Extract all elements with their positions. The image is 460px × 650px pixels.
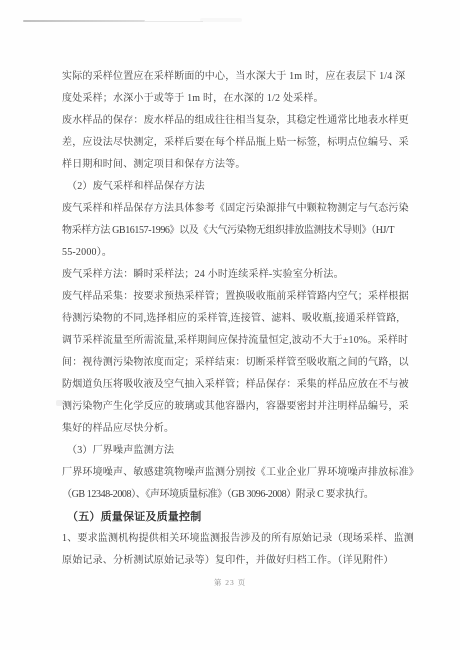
page-number: 第 23 页 — [0, 576, 460, 590]
body-text-line: 废水样品的保存：废水样品的组成往往相当复杂，其稳定性通常比地表水样更 — [62, 110, 410, 132]
body-text-line: 间：视待测污染物浓度而定；采样结束：切断采样管至吸收瓶之间的气路，以 — [62, 352, 410, 374]
body-text-line: 待测污染物的不同,选择相应的采样管,连接管、滤料、吸收瓶,接通采样管路, — [62, 308, 410, 330]
body-text-line: 废气采样和样品保存方法具体参考《固定污染源排气中颗粒物测定与气态污染 — [62, 198, 410, 220]
body-text-line: 废气采样方法：瞬时采样法；24 小时连续采样-实验室分析法。 — [62, 264, 410, 286]
body-text-line: 防烟道负压将吸收液及空气抽入采样管；样品保存：采集的样品应放在不与被 — [62, 374, 410, 396]
body-text-line: 55-2000）。 — [62, 242, 410, 264]
body-text-line: 集好的样品应尽快分析。 — [62, 418, 410, 440]
body-text-line: 原始记录、分析测试原始记录等）复印件，并做好归档工作。（详见附件） — [62, 550, 410, 572]
body-text-line: 样日期和时间、测定项目和保存方法等。 — [62, 154, 410, 176]
subsection-heading-waste-gas: （2）废气采样和样品保存方法 — [62, 176, 410, 198]
scan-artifact-streak — [23, 20, 145, 22]
body-text-line: 实际的采样位置应在采样断面的中心，当水深大于 1m 时，应在表层下 1/4 深 — [62, 66, 410, 88]
section-heading-quality-control: （五）质量保证及质量控制 — [62, 506, 410, 528]
body-text-line: 度处采样；水深小于或等于 1m 时，在水深的 1/2 处采样。 — [62, 88, 410, 110]
document-page: 实际的采样位置应在采样断面的中心，当水深大于 1m 时，应在表层下 1/4 深 … — [0, 0, 460, 650]
scan-artifact-streak — [200, 18, 242, 22]
scan-artifact-streak — [145, 21, 203, 22]
body-text-line: 差，应设法尽快测定，采样后要在每个样品瓶上贴一标签，标明点位编号、采 — [62, 132, 410, 154]
subsection-heading-noise: （3）厂界噪声监测方法 — [62, 440, 410, 462]
document-body: 实际的采样位置应在采样断面的中心，当水深大于 1m 时，应在表层下 1/4 深 … — [62, 66, 410, 572]
body-text-line: 厂界环境噪声、敏感建筑物噪声监测分别按《工业企业厂界环境噪声排放标准》 — [62, 462, 410, 484]
body-text-line: 调节采样流量至所需流量,采样期间应保持流量恒定,波动不大于±10%。采样时 — [62, 330, 410, 352]
body-text-line: 测污染物产生化学反应的玻璃或其他容器内，容器要密封并注明样品编号，采 — [62, 396, 410, 418]
body-text-line: 废气样品采集：按要求预热采样管；置换吸收瓶前采样管路内空气；采样根据 — [62, 286, 410, 308]
body-text-line: 1、要求监测机构提供相关环境监测报告涉及的所有原始记录（现场采样、监测 — [62, 528, 410, 550]
body-text-line: 物采样方法 GB16157-1996》以及《大气污染物无组织排放监测技术导则》（… — [62, 220, 410, 242]
body-text-line: （GB 12348-2008）、《声环境质量标准》（GB 3096-2008）附… — [62, 484, 410, 506]
